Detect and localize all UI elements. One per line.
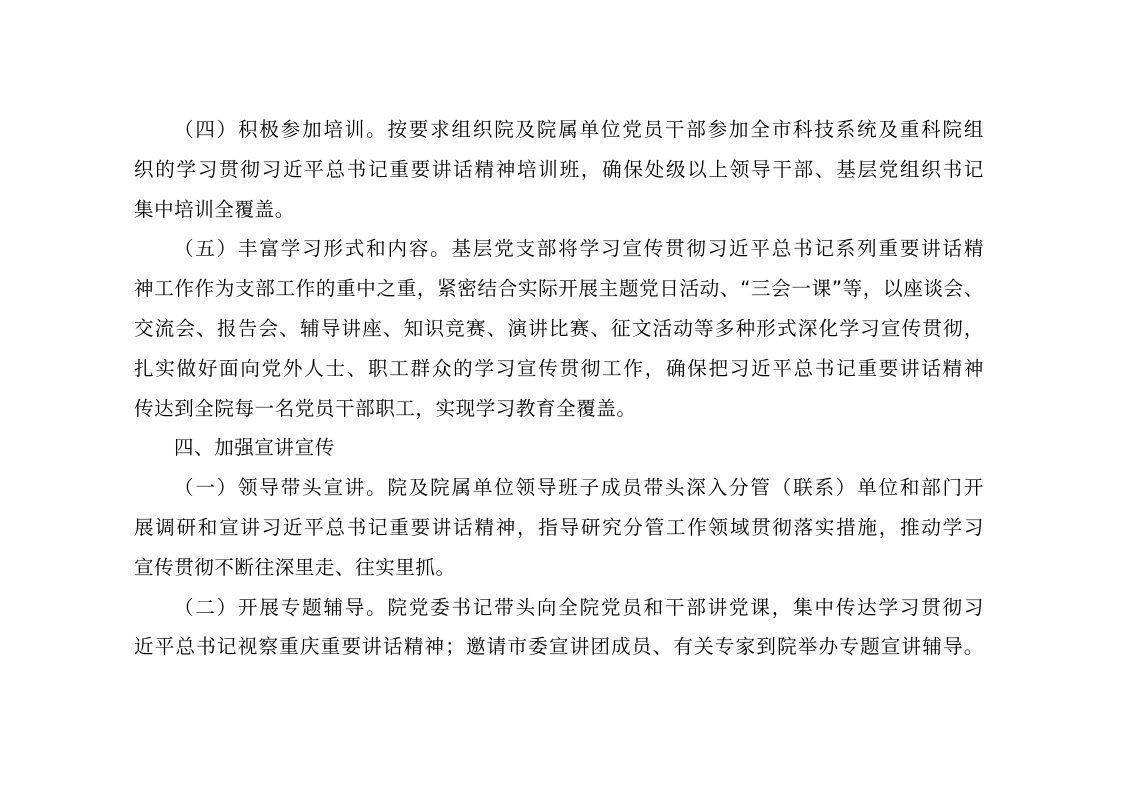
section-heading-text: 四、加强宣讲宣传: [134, 428, 984, 468]
text-line: （一）领导带头宣讲。院及院属单位领导班子成员带头深入分管（联系）单位和部门开: [134, 468, 984, 508]
text-line: 宣传贯彻不断往深里走、往实里抓。: [134, 548, 984, 588]
paragraph-study-forms: （五）丰富学习形式和内容。基层党支部将学习宣传贯彻习近平总书记系列重要讲话精 神…: [134, 229, 984, 428]
text-line: 神工作作为支部工作的重中之重，紧密结合实际开展主题党日活动、“三会一课”等，以座…: [134, 269, 984, 309]
document-page: （四）积极参加培训。按要求组织院及院属单位党员干部参加全市科技系统及重科院组 织…: [134, 110, 984, 667]
text-line: （五）丰富学习形式和内容。基层党支部将学习宣传贯彻习近平总书记系列重要讲话精: [134, 229, 984, 269]
text-line: 扎实做好面向党外人士、职工群众的学习宣传贯彻工作，确保把习近平总书记重要讲话精神: [134, 349, 984, 389]
paragraph-special-tutoring: （二）开展专题辅导。院党委书记带头向全院党员和干部讲党课，集中传达学习贯彻习 近…: [134, 588, 984, 668]
paragraph-leaders-lecture: （一）领导带头宣讲。院及院属单位领导班子成员带头深入分管（联系）单位和部门开 展…: [134, 468, 984, 587]
paragraph-training: （四）积极参加培训。按要求组织院及院属单位党员干部参加全市科技系统及重科院组 织…: [134, 110, 984, 229]
text-line: 展调研和宣讲习近平总书记重要讲话精神，指导研究分管工作领域贯彻落实措施，推动学习: [134, 508, 984, 548]
text-line: 交流会、报告会、辅导讲座、知识竞赛、演讲比赛、征文活动等多种形式深化学习宣传贯彻…: [134, 309, 984, 349]
section-heading: 四、加强宣讲宣传: [134, 428, 984, 468]
text-line: （四）积极参加培训。按要求组织院及院属单位党员干部参加全市科技系统及重科院组: [134, 110, 984, 150]
text-line: 织的学习贯彻习近平总书记重要讲话精神培训班，确保处级以上领导干部、基层党组织书记: [134, 150, 984, 190]
text-line: （二）开展专题辅导。院党委书记带头向全院党员和干部讲党课，集中传达学习贯彻习: [134, 588, 984, 628]
text-line: 集中培训全覆盖。: [134, 190, 984, 230]
text-line: 近平总书记视察重庆重要讲话精神；邀请市委宣讲团成员、有关专家到院举办专题宣讲辅导…: [134, 627, 984, 667]
text-line: 传达到全院每一名党员干部职工，实现学习教育全覆盖。: [134, 389, 984, 429]
